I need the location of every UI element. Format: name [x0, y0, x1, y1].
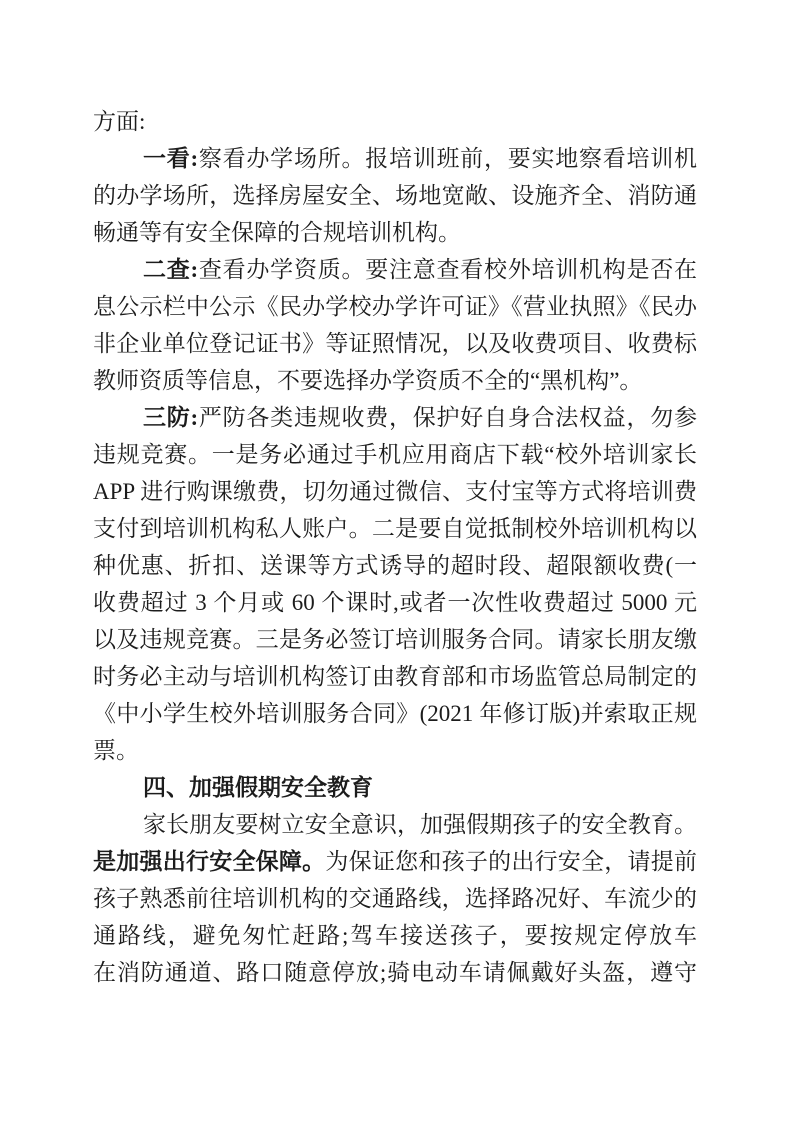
text-run: 通路线，避免匆忙赶路;驾车接送孩子，要按规定停放车辆，勿: [93, 923, 697, 954]
text-run: 以及违规竞赛。三是务必签订培训服务合同。请家长朋友缴费: [93, 627, 697, 658]
text-run: 支付到培训机构私人账户。二是要自觉抵制校外培训机构以各: [93, 516, 697, 547]
bold-text-run: 四、加强假期安全教育: [143, 775, 373, 800]
text-line: 一看:察看办学场所。报培训班前，要实地察看培训机构: [93, 140, 697, 177]
bold-text-run: 三防:: [143, 405, 198, 430]
text-run: 教师资质等信息，不要选择办学资质不全的“黑机构”。: [93, 368, 642, 393]
text-line: 二查:查看办学资质。要注意查看校外培训机构是否在信: [93, 251, 697, 288]
text-line: 票。: [93, 732, 697, 769]
text-line: 是加强出行安全保障。为保证您和孩子的出行安全，请提前带: [93, 843, 697, 880]
text-run: 在消防通道、路口随意停放;骑电动车请佩戴好头盔，遵守交通: [93, 960, 697, 991]
text-line: 方面:: [93, 103, 697, 140]
text-run: APP 进行购课缴费，切勿通过微信、支付宝等方式将培训费用: [93, 479, 697, 510]
text-run: 的办学场所，选择房屋安全、场地宽敞、设施齐全、消防通道: [93, 183, 697, 214]
text-line: 家长朋友要树立安全意识，加强假期孩子的安全教育。一: [93, 806, 697, 843]
text-run: 息公示栏中公示《民办学校办学许可证》《营业执照》《民办: [93, 294, 697, 319]
text-run: 方面:: [93, 109, 145, 134]
text-line: 《中小学生校外培训服务合同》(2021 年修订版)并索取正规发: [93, 695, 697, 732]
bold-text-run: 二查:: [143, 257, 198, 282]
text-run: 票。: [93, 738, 139, 763]
text-run: 孩子熟悉前往培训机构的交通路线，选择路况好、车流少的交: [93, 886, 697, 917]
text-run: 畅通等有安全保障的合规培训机构。: [93, 220, 461, 245]
text-line: 在消防通道、路口随意停放;骑电动车请佩戴好头盔，遵守交通: [93, 954, 697, 991]
text-run: 种优惠、折扣、送课等方式诱导的超时段、超限额收费(一次性: [93, 553, 697, 584]
text-line: 违规竞赛。一是务必通过手机应用商店下载“校外培训家长端”: [93, 436, 697, 473]
text-line: 时务必主动与培训机构签订由教育部和市场监管总局制定的: [93, 658, 697, 695]
text-line: 收费超过 3 个月或 60 个课时,或者一次性收费超过 5000 元的): [93, 584, 697, 621]
text-run: 违规竞赛。一是务必通过手机应用商店下载“校外培训家长端”: [93, 442, 697, 473]
text-line: 通路线，避免匆忙赶路;驾车接送孩子，要按规定停放车辆，勿: [93, 917, 697, 954]
text-line: 非企业单位登记证书》等证照情况，以及收费项目、收费标准、: [93, 325, 697, 362]
text-run: 非企业单位登记证书》等证照情况，以及收费项目、收费标准、: [93, 331, 697, 362]
text-line: 三防:严防各类违规收费，保护好自身合法权益，勿参加: [93, 399, 697, 436]
text-run: 《中小学生校外培训服务合同》(2021 年修订版)并索取正规发: [93, 701, 697, 732]
text-line: 孩子熟悉前往培训机构的交通路线，选择路况好、车流少的交: [93, 880, 697, 917]
text-line: 畅通等有安全保障的合规培训机构。: [93, 214, 697, 251]
text-line: APP 进行购课缴费，切勿通过微信、支付宝等方式将培训费用: [93, 473, 697, 510]
text-line: 息公示栏中公示《民办学校办学许可证》《营业执照》《民办: [93, 288, 697, 325]
text-line: 教师资质等信息，不要选择办学资质不全的“黑机构”。: [93, 362, 697, 399]
bold-text-run: 一看:: [143, 146, 198, 171]
text-line: 的办学场所，选择房屋安全、场地宽敞、设施齐全、消防通道: [93, 177, 697, 214]
bold-text-run: 是加强出行安全保障。: [93, 849, 325, 874]
text-run: 家长朋友要树立安全意识，加强假期孩子的安全教育。: [143, 812, 697, 837]
text-line: 支付到培训机构私人账户。二是要自觉抵制校外培训机构以各: [93, 510, 697, 547]
text-run: 收费超过 3 个月或 60 个课时,或者一次性收费超过 5000 元的): [93, 590, 697, 621]
text-line: 种优惠、折扣、送课等方式诱导的超时段、超限额收费(一次性: [93, 547, 697, 584]
document-body: 方面:一看:察看办学场所。报培训班前，要实地察看培训机构的办学场所，选择房屋安全…: [93, 103, 697, 991]
document-page: 方面:一看:察看办学场所。报培训班前，要实地察看培训机构的办学场所，选择房屋安全…: [0, 0, 793, 1122]
text-line: 四、加强假期安全教育: [93, 769, 697, 806]
text-run: 时务必主动与培训机构签订由教育部和市场监管总局制定的: [93, 664, 697, 689]
text-line: 以及违规竞赛。三是务必签订培训服务合同。请家长朋友缴费: [93, 621, 697, 658]
